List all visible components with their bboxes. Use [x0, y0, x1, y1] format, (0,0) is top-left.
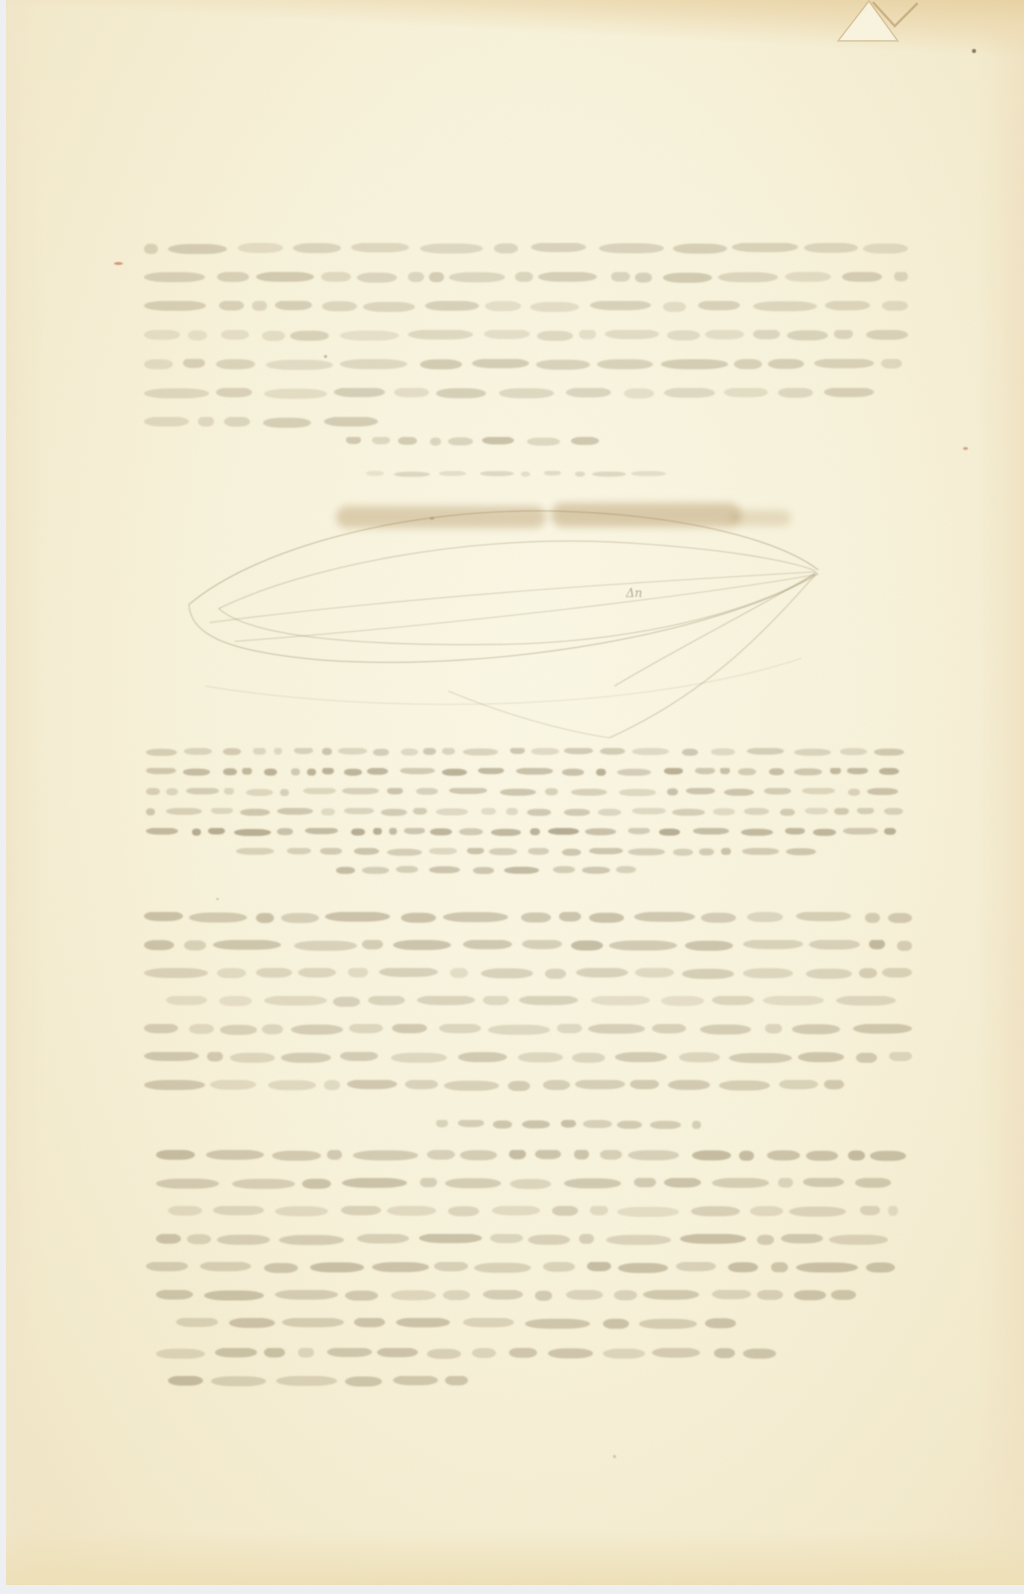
ghost-word-blob — [779, 1080, 818, 1089]
ghost-word-blob — [536, 360, 590, 370]
ghost-word-blob — [630, 1080, 659, 1089]
ghost-word-blob — [379, 968, 438, 977]
ghost-word-blob — [351, 829, 365, 836]
ghost-word-blob — [606, 1235, 672, 1245]
ghost-word-blob — [366, 471, 384, 476]
ghost-word-blob — [256, 272, 314, 282]
ghost-word-blob — [661, 996, 704, 1006]
ghost-word-blob — [572, 1053, 605, 1063]
ghost-word-blob — [617, 769, 651, 776]
ghost-word-blob — [566, 388, 611, 397]
ghost-word-blob — [217, 968, 245, 978]
ghost-word-blob — [396, 866, 418, 873]
ghost-text-line — [156, 1178, 906, 1193]
ghost-word-blob — [804, 243, 858, 253]
ghost-word-blob — [211, 1376, 266, 1386]
ghost-word-blob — [574, 1150, 588, 1159]
ghost-word-blob — [870, 1151, 906, 1161]
ghost-word-blob — [242, 768, 252, 775]
ghost-word-blob — [516, 768, 553, 775]
ghost-word-blob — [429, 848, 457, 855]
ghost-word-blob — [628, 828, 650, 834]
ghost-text-line — [146, 808, 904, 820]
ghost-word-blob — [743, 968, 794, 978]
ghost-word-blob — [393, 940, 451, 950]
ghost-word-blob — [491, 829, 521, 836]
ghost-word-blob — [739, 1151, 755, 1161]
ghost-text-line — [156, 1150, 906, 1165]
ghost-word-blob — [724, 388, 768, 397]
ghost-word-blob — [189, 913, 247, 923]
ghost-text-line — [144, 968, 912, 983]
ghost-word-blob — [824, 1080, 844, 1089]
ghost-word-blob — [327, 1348, 372, 1357]
ghost-word-blob — [579, 1234, 595, 1244]
ghost-word-blob — [796, 1263, 858, 1273]
ghost-word-blob — [794, 749, 831, 756]
ghost-word-blob — [166, 788, 178, 795]
ghost-text-line — [146, 1262, 906, 1277]
ghost-word-blob — [575, 1080, 625, 1089]
ghost-word-blob — [307, 769, 316, 776]
ghost-text-line — [144, 417, 394, 432]
ghost-word-blob — [144, 968, 208, 978]
ghost-word-blob — [156, 1179, 219, 1189]
ghost-word-blob — [322, 748, 332, 755]
ghost-word-blob — [545, 969, 567, 979]
ghost-word-blob — [287, 848, 311, 854]
ghost-word-blob — [840, 748, 867, 755]
ghost-word-blob — [609, 941, 677, 951]
ghost-word-blob — [266, 360, 333, 370]
ghost-word-blob — [219, 996, 252, 1006]
ghost-word-blob — [216, 359, 255, 369]
ghost-text-line — [236, 848, 816, 860]
ghost-word-blob — [628, 1150, 678, 1160]
ghost-text-line — [166, 996, 896, 1011]
ghost-word-blob — [213, 940, 281, 950]
ghost-word-blob — [499, 388, 554, 398]
ghost-word-blob — [882, 301, 908, 311]
ghost-word-blob — [824, 388, 874, 397]
ghost-word-blob — [693, 828, 729, 835]
ghost-word-blob — [537, 331, 573, 341]
ghost-word-blob — [327, 1150, 342, 1160]
ghost-word-blob — [635, 968, 673, 978]
ghost-word-blob — [673, 849, 693, 856]
ghost-word-blob — [787, 330, 828, 340]
ghost-word-blob — [279, 1235, 343, 1245]
ghost-word-blob — [274, 748, 282, 755]
ghost-word-blob — [372, 1262, 428, 1272]
ghost-word-blob — [848, 789, 860, 796]
ghost-word-blob — [458, 1120, 484, 1127]
ghost-word-blob — [753, 301, 817, 311]
ghost-word-blob — [728, 1262, 758, 1272]
ghost-word-blob — [557, 1024, 581, 1033]
ghost-word-blob — [522, 1120, 550, 1128]
ghost-word-blob — [853, 1024, 911, 1034]
ghost-word-blob — [305, 828, 337, 834]
ghost-word-blob — [856, 1053, 876, 1063]
ghost-word-blob — [400, 768, 435, 774]
ghost-word-blob — [478, 768, 504, 774]
ghost-word-blob — [825, 301, 870, 310]
ghost-word-blob — [794, 768, 822, 775]
ghost-word-blob — [527, 809, 551, 816]
ghost-word-blob — [618, 1263, 667, 1273]
ghost-word-blob — [664, 768, 683, 775]
ghost-text-line — [146, 748, 904, 760]
ghost-word-blob — [290, 331, 329, 341]
ghost-word-blob — [721, 848, 731, 855]
ghost-word-blob — [275, 1290, 338, 1300]
ghost-word-blob — [444, 1081, 498, 1091]
ghost-word-blob — [738, 768, 756, 775]
ghost-word-blob — [325, 912, 390, 922]
ghost-word-blob — [553, 866, 576, 873]
ghost-word-blob — [806, 969, 852, 979]
ghost-word-blob — [592, 472, 626, 477]
ghost-word-blob — [711, 748, 735, 755]
ghost-word-blob — [628, 848, 665, 855]
ghost-word-blob — [769, 768, 784, 775]
ghost-word-blob — [262, 331, 285, 341]
ghost-word-blob — [489, 848, 517, 855]
ghost-text-line — [144, 330, 908, 345]
ghost-word-blob — [528, 1235, 570, 1245]
ghost-word-blob — [298, 968, 337, 978]
ghost-word-blob — [439, 1024, 482, 1033]
ghost-word-blob — [230, 1053, 275, 1063]
ghost-word-blob — [215, 1348, 257, 1357]
ghost-word-blob — [419, 1234, 481, 1243]
ghost-word-blob — [781, 1234, 824, 1243]
ghost-word-blob — [357, 273, 398, 283]
ghost-word-blob — [448, 1206, 479, 1216]
ghost-word-blob — [430, 438, 442, 446]
ghost-word-blob — [585, 828, 616, 835]
ghost-word-blob — [310, 1262, 364, 1272]
ghost-word-blob — [889, 1052, 912, 1061]
ghost-word-blob — [420, 244, 483, 254]
ghost-word-blob — [543, 1080, 570, 1090]
ghost-word-blob — [338, 748, 368, 755]
ghost-word-blob — [322, 768, 335, 774]
ghost-word-blob — [785, 828, 805, 835]
bleed-smudge — [551, 503, 741, 527]
ghost-word-blob — [268, 1080, 316, 1090]
ghost-word-blob — [166, 996, 207, 1005]
ghost-word-blob — [345, 1291, 378, 1301]
ghost-word-blob — [156, 1234, 181, 1244]
ghost-word-blob — [357, 1234, 409, 1244]
ghost-word-blob — [448, 437, 474, 445]
ghost-word-blob — [834, 808, 848, 815]
ghost-word-blob — [544, 471, 561, 476]
ghost-word-blob — [591, 996, 650, 1005]
ghost-word-blob — [798, 1052, 844, 1062]
ghost-word-blob — [362, 867, 389, 874]
ghost-word-blob — [615, 1052, 667, 1062]
ghost-word-blob — [493, 1121, 511, 1129]
ghost-word-blob — [483, 996, 508, 1005]
ghost-word-blob — [682, 749, 698, 756]
ghost-word-blob — [387, 788, 402, 794]
ghost-word-blob — [443, 1290, 470, 1300]
ghost-word-blob — [545, 788, 558, 795]
ghost-word-blob — [857, 808, 874, 814]
ghost-word-blob — [611, 272, 630, 282]
ghost-text-line — [144, 940, 912, 955]
ghost-word-blob — [204, 1291, 264, 1301]
ghost-word-blob — [865, 913, 880, 923]
ghost-word-blob — [718, 272, 778, 282]
ghost-word-blob — [458, 1052, 507, 1062]
ghost-text-line — [144, 243, 908, 258]
ghost-word-blob — [673, 244, 726, 254]
ghost-word-blob — [589, 848, 623, 854]
ghost-word-blob — [667, 330, 700, 340]
ghost-word-blob — [389, 828, 397, 835]
ghost-word-blob — [354, 848, 379, 855]
ghost-word-blob — [619, 789, 655, 796]
ghost-word-blob — [855, 1178, 891, 1188]
ghost-word-blob — [724, 789, 754, 796]
ghost-word-blob — [463, 749, 499, 756]
ghost-word-blob — [679, 1052, 720, 1062]
ghost-word-blob — [590, 301, 651, 310]
ghost-word-blob — [216, 388, 253, 397]
ghost-word-blob — [866, 330, 908, 340]
ghost-word-blob — [387, 1206, 436, 1216]
ghost-word-blob — [442, 769, 467, 776]
ghost-word-blob — [661, 359, 729, 369]
ghost-text-line — [156, 1290, 856, 1305]
ink-speck — [613, 1455, 616, 1458]
ghost-word-blob — [334, 388, 385, 397]
ghost-word-blob — [272, 1151, 321, 1161]
ghost-word-blob — [429, 866, 461, 873]
ghost-word-blob — [603, 1349, 646, 1359]
ghost-word-blob — [264, 996, 327, 1006]
ghost-word-blob — [535, 1150, 561, 1159]
ghost-word-blob — [562, 849, 582, 856]
ghost-word-blob — [866, 1263, 895, 1273]
ghost-word-blob — [603, 1319, 629, 1329]
ghost-word-blob — [219, 301, 244, 311]
ghost-word-blob — [144, 1052, 199, 1061]
ghost-word-blob — [354, 1318, 385, 1327]
ghost-word-blob — [483, 1290, 523, 1300]
ghost-text-line — [346, 437, 601, 450]
ghost-word-blob — [494, 243, 518, 253]
ghost-word-blob — [217, 1235, 270, 1245]
ghost-word-blob — [676, 1262, 716, 1271]
ghost-word-blob — [262, 1024, 283, 1034]
ghost-word-blob — [146, 1262, 188, 1271]
ghost-word-blob — [324, 417, 378, 427]
ghost-word-blob — [264, 389, 327, 399]
ghost-word-blob — [757, 1290, 782, 1300]
ghost-word-blob — [778, 1178, 793, 1188]
ghost-word-blob — [434, 1262, 468, 1271]
ghost-word-blob — [206, 1150, 264, 1160]
ghost-word-blob — [282, 1318, 344, 1327]
ghost-word-blob — [599, 243, 664, 253]
ghost-word-blob — [442, 748, 456, 755]
ghost-word-blob — [597, 359, 653, 369]
ghost-word-blob — [765, 1024, 782, 1034]
ghost-word-blob — [705, 330, 744, 339]
ghost-word-blob — [144, 301, 206, 311]
ghost-word-blob — [401, 913, 436, 923]
ghost-word-blob — [528, 848, 549, 855]
ghost-word-blob — [322, 301, 357, 311]
ghost-word-blob — [631, 471, 666, 476]
ghost-word-blob — [771, 1262, 787, 1272]
ghost-word-blob — [144, 388, 209, 398]
ghost-text-line — [144, 1080, 844, 1095]
ghost-word-blob — [405, 1080, 439, 1089]
ghost-word-blob — [617, 1121, 642, 1129]
ghost-word-blob — [220, 1025, 257, 1035]
ghost-word-blob — [367, 768, 388, 775]
ghost-word-blob — [792, 1024, 840, 1034]
ghost-text-line — [144, 912, 912, 927]
ghost-word-blob — [802, 788, 836, 794]
ghost-word-blob — [445, 1376, 468, 1385]
ghost-word-blob — [639, 1319, 697, 1329]
ghost-word-blob — [830, 768, 840, 774]
bleed-smudge — [336, 506, 546, 528]
ghost-text-line — [146, 828, 904, 840]
ghost-text-line — [156, 1348, 776, 1363]
ghost-word-blob — [348, 968, 368, 977]
ghost-word-blob — [582, 867, 611, 874]
ghost-word-blob — [531, 243, 586, 252]
ghost-word-blob — [842, 272, 882, 282]
ghost-word-blob — [396, 1318, 450, 1327]
ghost-word-blob — [320, 848, 342, 855]
ghost-word-blob — [264, 1348, 285, 1358]
ghost-word-blob — [420, 359, 462, 369]
ghost-word-blob — [207, 1052, 224, 1062]
ghost-word-blob — [429, 272, 444, 282]
ghost-word-blob — [281, 1053, 331, 1063]
ghost-word-blob — [652, 1348, 700, 1358]
ghost-word-blob — [146, 828, 178, 835]
ghost-word-blob — [362, 940, 382, 949]
ghost-word-blob — [373, 828, 382, 835]
ghost-word-blob — [667, 788, 678, 795]
ghost-word-blob — [685, 941, 733, 951]
ghost-word-blob — [632, 748, 670, 755]
ghost-word-blob — [763, 996, 824, 1005]
ghost-word-blob — [518, 1052, 563, 1062]
ghost-word-blob — [571, 789, 607, 796]
ghost-word-blob — [596, 769, 606, 776]
ghost-word-blob — [363, 302, 415, 312]
ghost-word-blob — [394, 472, 430, 477]
ghost-word-blob — [714, 1348, 735, 1358]
ghost-word-blob — [559, 912, 581, 922]
ghost-word-blob — [340, 1052, 378, 1061]
ghost-word-blob — [372, 437, 390, 444]
ghost-word-blob — [691, 1206, 740, 1216]
ghost-word-blob — [346, 437, 361, 444]
ghost-word-blob — [634, 912, 695, 922]
ghost-word-blob — [303, 788, 336, 794]
ghost-word-blob — [843, 828, 877, 835]
paper-sheet: Δn — [6, 0, 1024, 1585]
ghost-word-blob — [600, 748, 625, 755]
ghost-word-blob — [340, 331, 400, 341]
ghost-text-line — [168, 1206, 898, 1221]
ghost-word-blob — [200, 1262, 251, 1271]
ghost-word-blob — [336, 867, 355, 874]
ghost-word-blob — [543, 1262, 575, 1272]
ghost-word-blob — [430, 828, 452, 835]
ghost-word-blob — [510, 1179, 551, 1189]
ghost-word-blob — [504, 867, 539, 874]
ghost-word-blob — [888, 1206, 898, 1216]
ghost-word-blob — [246, 789, 274, 796]
ghost-word-blob — [743, 1349, 776, 1359]
ghost-word-blob — [522, 940, 562, 949]
ghost-word-blob — [836, 996, 896, 1006]
ghost-word-blob — [805, 808, 828, 814]
ghost-word-blob — [481, 808, 496, 815]
ghost-word-blob — [741, 829, 773, 836]
ghost-word-blob — [680, 1234, 747, 1244]
ghost-word-blob — [293, 243, 341, 253]
ghost-word-blob — [232, 1179, 295, 1189]
ghost-word-blob — [368, 996, 405, 1005]
ghost-word-blob — [521, 913, 550, 923]
ghost-word-blob — [884, 808, 903, 815]
ghost-word-blob — [588, 1024, 646, 1034]
ghost-word-blob — [391, 1053, 447, 1063]
ghost-word-blob — [393, 1376, 438, 1385]
ghost-word-blob — [881, 359, 902, 369]
ghost-word-blob — [548, 828, 580, 835]
ghost-word-blob — [321, 808, 335, 815]
ghost-word-blob — [686, 788, 716, 794]
ghost-word-blob — [333, 997, 360, 1007]
ghost-word-blob — [144, 330, 180, 340]
ghost-word-blob — [848, 1151, 865, 1161]
ghost-word-blob — [682, 969, 733, 979]
ghost-word-blob — [712, 1178, 769, 1188]
ghost-word-blob — [420, 1178, 437, 1187]
ghost-word-blob — [463, 940, 512, 949]
ghost-word-blob — [806, 1151, 837, 1161]
ghost-word-blob — [564, 809, 591, 816]
ghost-word-blob — [888, 913, 912, 923]
ghost-word-blob — [743, 940, 803, 949]
ghost-word-blob — [229, 1318, 274, 1328]
ghost-word-blob — [564, 748, 594, 754]
ghost-word-blob — [575, 472, 586, 477]
ghost-word-blob — [144, 359, 173, 369]
ghost-word-blob — [394, 388, 430, 397]
ghost-word-blob — [757, 1235, 774, 1245]
ghost-word-blob — [144, 244, 158, 254]
scan-background: Δn — [0, 0, 1024, 1594]
ghost-word-blob — [445, 1178, 502, 1188]
ghost-word-blob — [184, 748, 212, 755]
